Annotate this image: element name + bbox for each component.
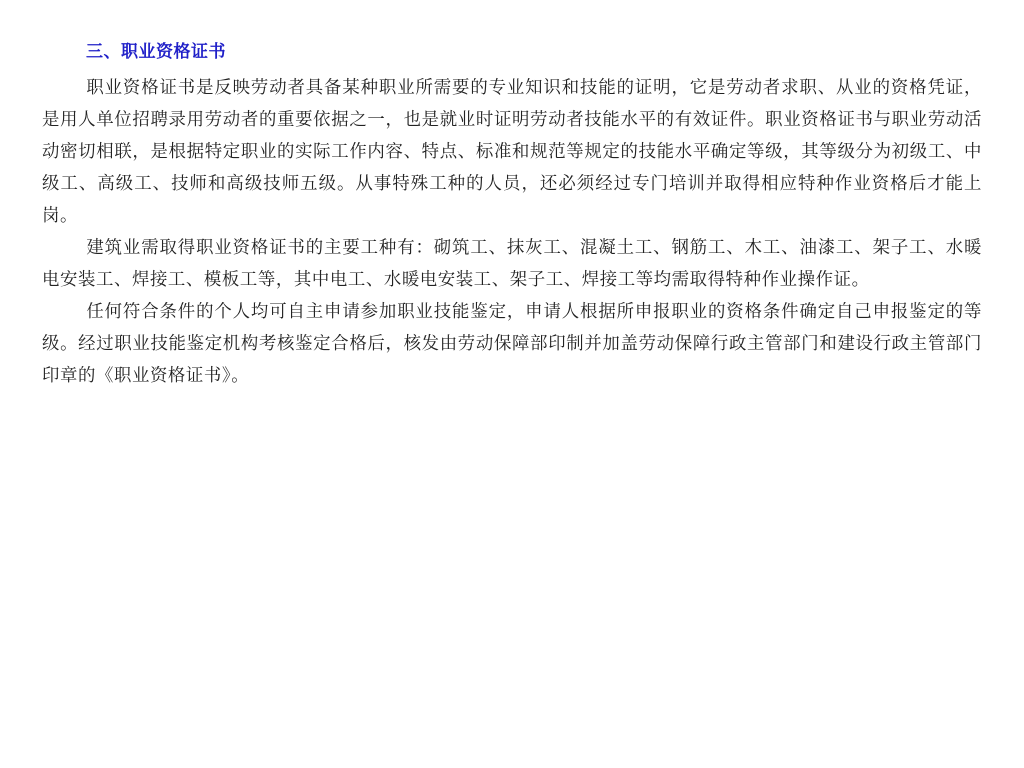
document-page: 三、职业资格证书 职业资格证书是反映劳动者具备某种职业所需要的专业知识和技能的证…: [42, 38, 982, 392]
paragraph-construction-trades: 建筑业需取得职业资格证书的主要工种有：砌筑工、抹灰工、混凝土工、钢筋工、木工、油…: [42, 232, 982, 296]
paragraph-application-process: 任何符合条件的个人均可自主申请参加职业技能鉴定，申请人根据所申报职业的资格条件确…: [42, 296, 982, 392]
section-heading: 三、职业资格证书: [86, 38, 982, 66]
paragraph-certificate-definition: 职业资格证书是反映劳动者具备某种职业所需要的专业知识和技能的证明，它是劳动者求职…: [42, 72, 982, 232]
